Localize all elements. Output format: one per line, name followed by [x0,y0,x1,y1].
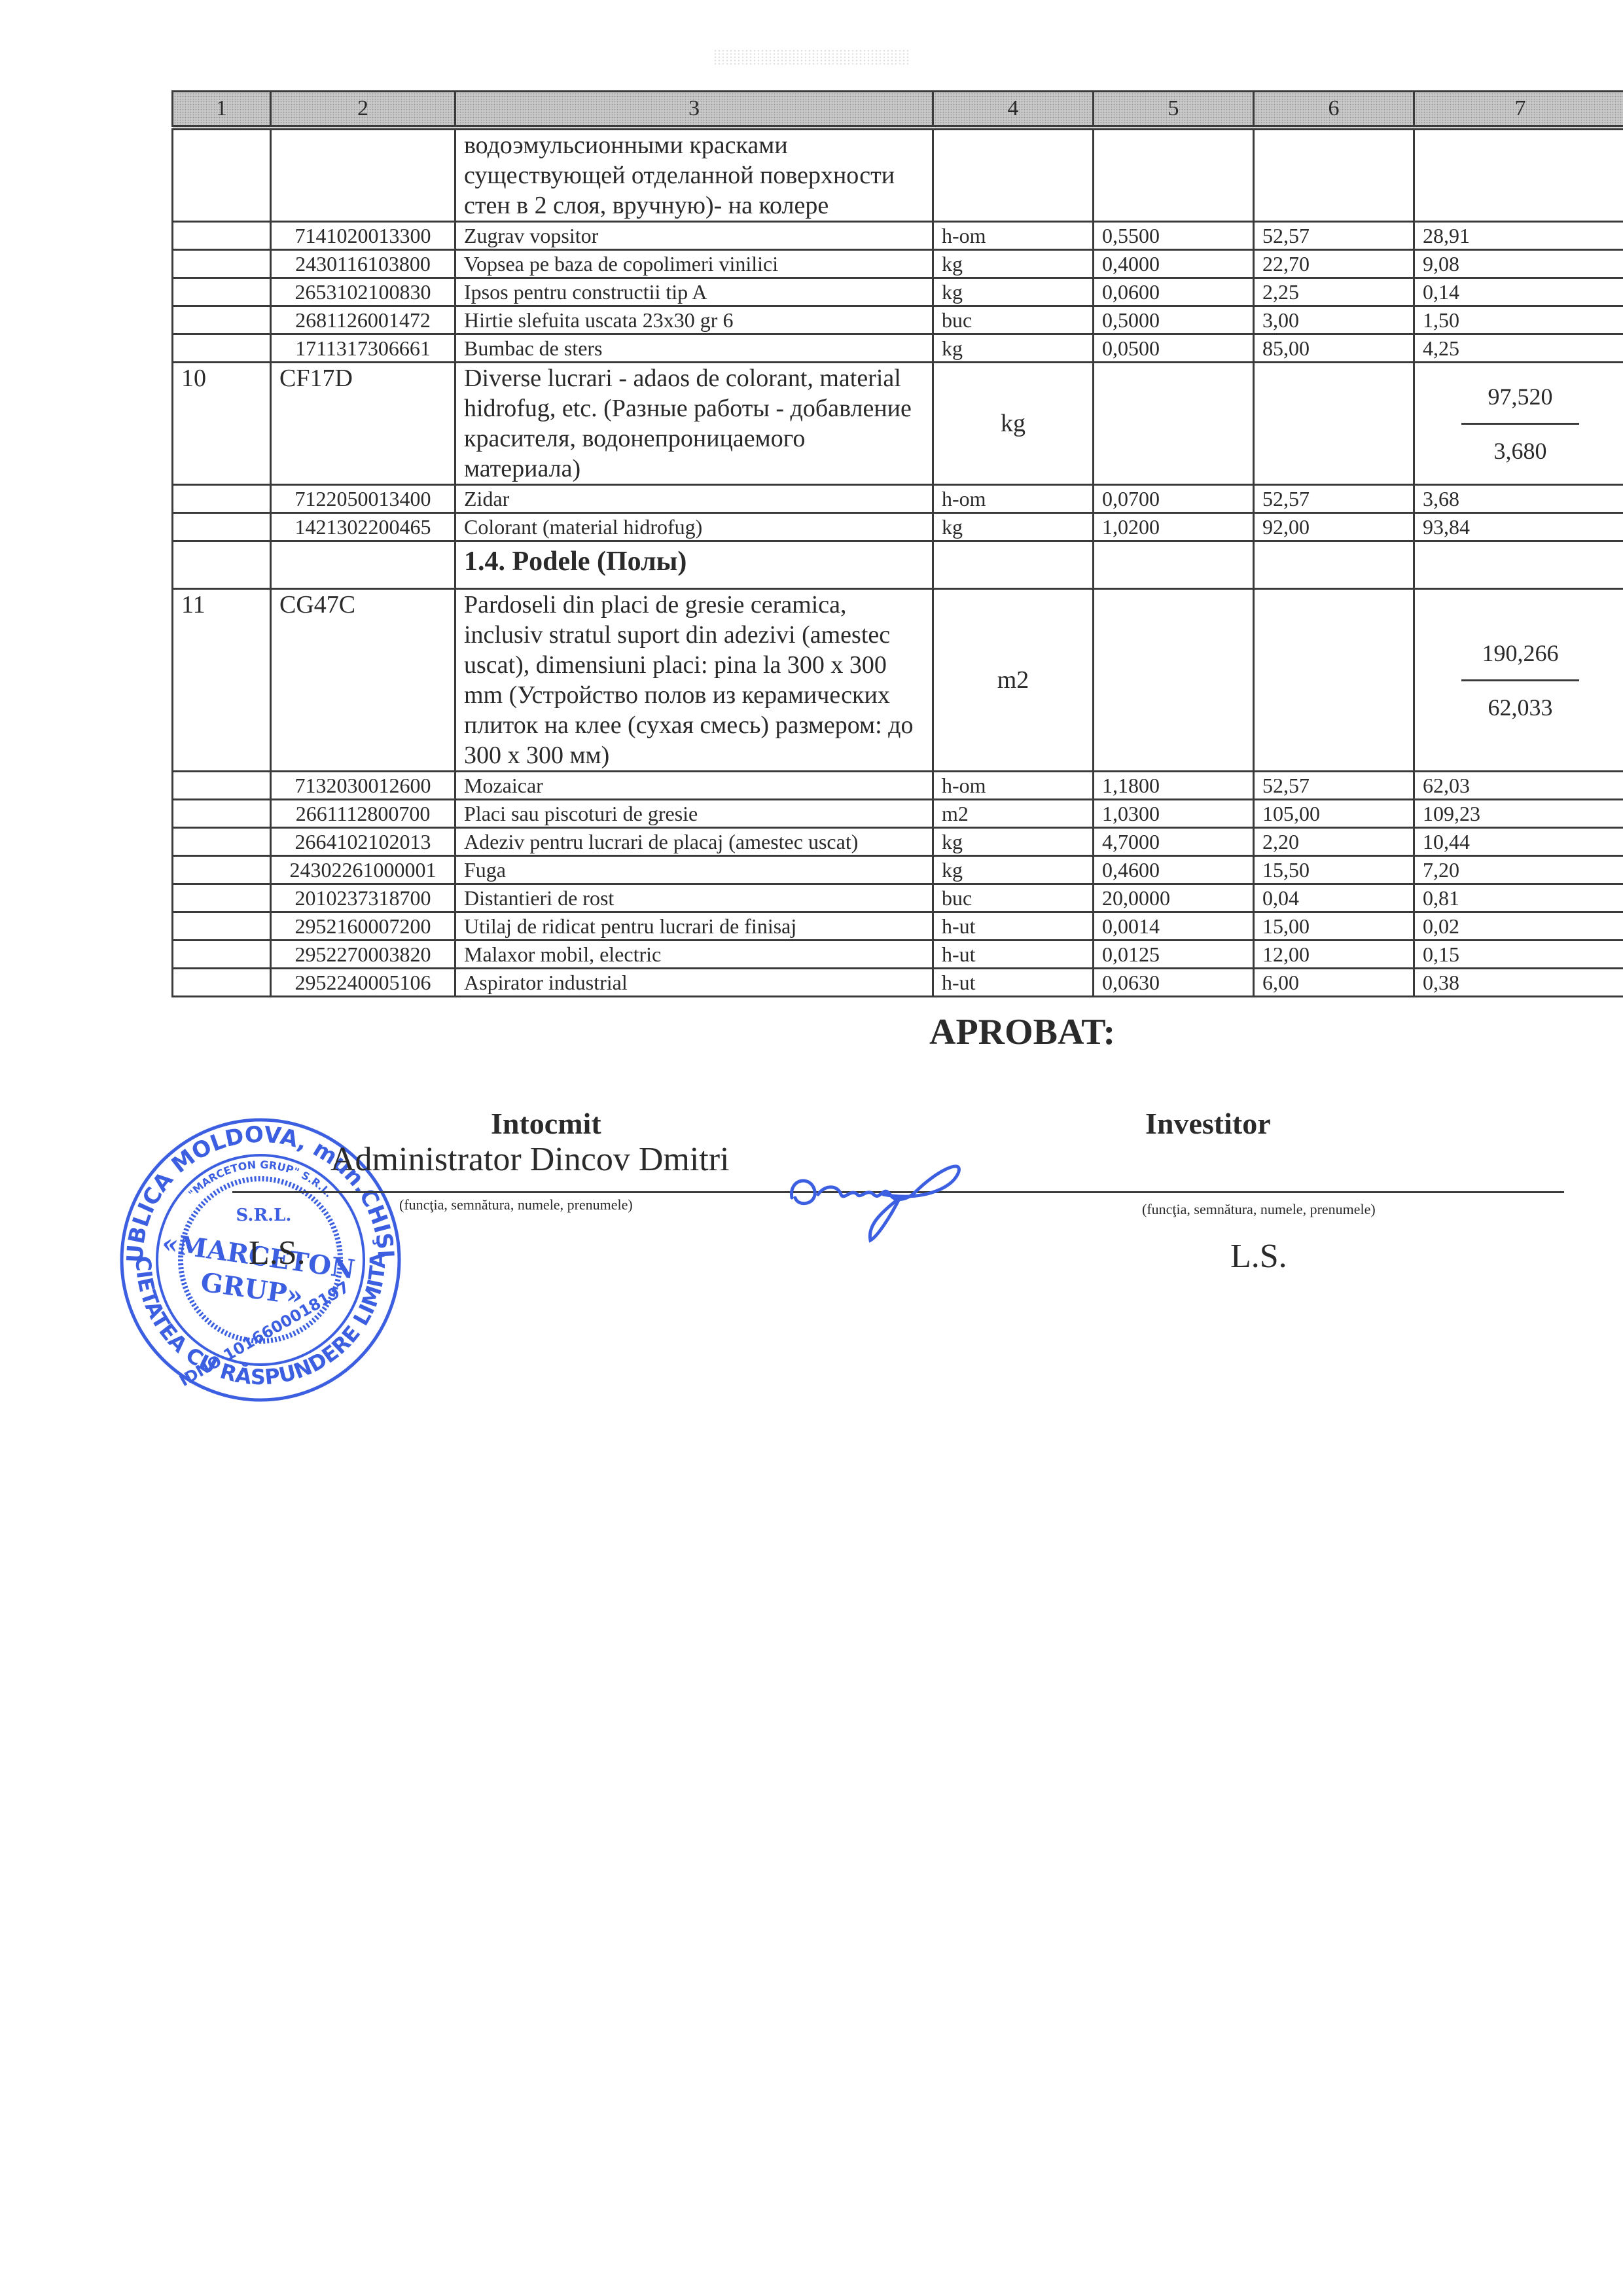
resource-name: Colorant (material hidrofug) [455,513,933,541]
resource-code: 2681126001472 [271,306,455,334]
resource-name: Utilaj de ridicat pentru lucrari de fini… [455,912,933,941]
row-num [173,884,271,912]
row-num [173,485,271,513]
row-num [173,222,271,250]
compiler-name: Administrator Dincov Dmitri [330,1140,729,1179]
resource-total: 0,38 [1414,969,1623,997]
col-num-4: 4 [933,92,1094,128]
resource-name: Vopsea pe baza de copolimeri vinilici [455,250,933,278]
row-num [173,969,271,997]
resource-name: Bumbac de sters [455,334,933,363]
total-bottom: 62,033 [1423,688,1618,727]
resource-price: 2,20 [1254,828,1414,856]
resource-code: 1711317306661 [271,334,455,363]
item-number: 11 [173,589,271,772]
resource-row: 7132030012600Mozaicarh-om1,180052,5762,0… [173,772,1623,800]
col-num-6: 6 [1254,92,1414,128]
row-num [173,912,271,941]
continuation-description: водоэмульсионными красками существующей … [455,128,933,222]
resource-code: 2430116103800 [271,250,455,278]
resource-code: 2952240005106 [271,969,455,997]
resource-price: 85,00 [1254,334,1414,363]
resource-price: 52,57 [1254,485,1414,513]
signature-caption-left: (funcţia, semnătura, numele, prenumele) [399,1196,633,1213]
item-price [1254,363,1414,485]
empty [1414,541,1623,589]
item-qty [1094,589,1254,772]
col-num-5: 5 [1094,92,1254,128]
handwritten-signature [785,1158,969,1244]
item-total: 97,5203,680 [1414,363,1623,485]
resource-code: 7141020013300 [271,222,455,250]
resource-price: 15,00 [1254,912,1414,941]
item-description: Diverse lucrari - adaos de colorant, mat… [455,363,933,485]
empty [173,541,271,589]
resource-row: 2664102102013Adeziv pentru lucrari de pl… [173,828,1623,856]
fraction-bar [1461,423,1579,425]
resource-qty: 0,0125 [1094,941,1254,969]
resource-name: Zugrav vopsitor [455,222,933,250]
resource-qty: 0,0600 [1094,278,1254,306]
resource-price: 22,70 [1254,250,1414,278]
row-num [173,334,271,363]
resource-total: 62,03 [1414,772,1623,800]
resource-unit: m2 [933,800,1094,828]
resource-price: 52,57 [1254,222,1414,250]
resource-total: 93,84 [1414,513,1623,541]
resource-price: 52,57 [1254,772,1414,800]
row-num [173,941,271,969]
col-num-3: 3 [455,92,933,128]
resource-row: 2653102100830Ipsos pentru constructii ti… [173,278,1623,306]
scan-artifact [713,49,910,65]
resource-name: Mozaicar [455,772,933,800]
resource-row: 2952270003820Malaxor mobil, electrich-ut… [173,941,1623,969]
resource-row: 1421302200465Colorant (material hidrofug… [173,513,1623,541]
empty [1094,541,1254,589]
resource-name: Adeziv pentru lucrari de placaj (amestec… [455,828,933,856]
resource-total: 0,81 [1414,884,1623,912]
resource-unit: kg [933,513,1094,541]
resource-code: 2952270003820 [271,941,455,969]
resource-unit: kg [933,856,1094,884]
resource-row: 2661112800700Placi sau piscoturi de gres… [173,800,1623,828]
resource-code: 2661112800700 [271,800,455,828]
resource-code: 1421302200465 [271,513,455,541]
row-num [173,513,271,541]
item-description: Pardoseli din placi de gresie ceramica, … [455,589,933,772]
resource-code: 2653102100830 [271,278,455,306]
resource-unit: h-om [933,772,1094,800]
section-title: 1.4. Podele (Полы) [455,541,933,589]
fraction-bar [1461,679,1579,681]
resource-qty: 0,5500 [1094,222,1254,250]
resource-qty: 0,5000 [1094,306,1254,334]
resource-total: 9,08 [1414,250,1623,278]
resource-qty: 0,4600 [1094,856,1254,884]
resource-qty: 0,0014 [1094,912,1254,941]
resource-unit: kg [933,828,1094,856]
resource-total: 3,68 [1414,485,1623,513]
item-code: CG47C [271,589,455,772]
resource-qty: 1,1800 [1094,772,1254,800]
resource-unit: kg [933,278,1094,306]
resource-row: 2010237318700Distantieri de rostbuc20,00… [173,884,1623,912]
col-num-2: 2 [271,92,455,128]
investor-label: Investitor [1145,1106,1271,1141]
resource-row: 2681126001472Hirtie slefuita uscata 23x3… [173,306,1623,334]
resource-total: 0,02 [1414,912,1623,941]
resource-name: Distantieri de rost [455,884,933,912]
resource-name: Zidar [455,485,933,513]
resource-total: 28,91 [1414,222,1623,250]
resource-qty: 4,7000 [1094,828,1254,856]
resource-price: 92,00 [1254,513,1414,541]
resource-unit: kg [933,250,1094,278]
total-bottom: 3,680 [1423,431,1618,471]
col-num-1: 1 [173,92,271,128]
resource-total: 7,20 [1414,856,1623,884]
resource-row: 7122050013400Zidarh-om0,070052,573,68 [173,485,1623,513]
row-num [173,250,271,278]
resource-row: 2952160007200Utilaj de ridicat pentru lu… [173,912,1623,941]
resource-unit: h-ut [933,969,1094,997]
resource-price: 2,25 [1254,278,1414,306]
item-unit: kg [933,363,1094,485]
row-num [173,278,271,306]
work-item-row: 10CF17DDiverse lucrari - adaos de colora… [173,363,1623,485]
resource-qty: 1,0300 [1094,800,1254,828]
row-num [173,772,271,800]
empty [271,541,455,589]
resource-name: Fuga [455,856,933,884]
resource-price: 0,04 [1254,884,1414,912]
resource-code: 2010237318700 [271,884,455,912]
resource-unit: h-ut [933,941,1094,969]
row-num [173,828,271,856]
resource-name: Hirtie slefuita uscata 23x30 gr 6 [455,306,933,334]
resource-qty: 1,0200 [1094,513,1254,541]
total-top: 190,266 [1423,634,1618,673]
resource-row: 24302261000001Fugakg0,460015,507,20 [173,856,1623,884]
resource-unit: h-om [933,222,1094,250]
resource-total: 10,44 [1414,828,1623,856]
item-price [1254,589,1414,772]
resource-total: 1,50 [1414,306,1623,334]
item-number: 10 [173,363,271,485]
resource-unit: kg [933,334,1094,363]
resource-qty: 20,0000 [1094,884,1254,912]
resource-total: 0,14 [1414,278,1623,306]
resource-code: 7122050013400 [271,485,455,513]
resource-unit: h-om [933,485,1094,513]
resource-code: 2952160007200 [271,912,455,941]
column-number-row: 1 2 3 4 5 6 7 [173,92,1623,128]
seal-placeholder-left: L.S. [249,1234,306,1272]
resource-qty: 0,0700 [1094,485,1254,513]
resource-qty: 0,0630 [1094,969,1254,997]
resource-name: Malaxor mobil, electric [455,941,933,969]
resource-name: Aspirator industrial [455,969,933,997]
svg-text:"MARCETON GRUP" S.R.L.: "MARCETON GRUP" S.R.L. [186,1158,335,1200]
resource-row: 7141020013300Zugrav vopsitorh-om0,550052… [173,222,1623,250]
empty [1254,541,1414,589]
resource-total: 0,15 [1414,941,1623,969]
item-unit: m2 [933,589,1094,772]
approved-label: APROBAT: [929,1011,1115,1053]
resource-price: 105,00 [1254,800,1414,828]
continuation-row: водоэмульсионными красками существующей … [173,128,1623,222]
total-top: 97,520 [1423,377,1618,416]
resource-qty: 0,4000 [1094,250,1254,278]
item-code: CF17D [271,363,455,485]
compiled-label: Intocmit [491,1106,601,1141]
item-total: 190,26662,033 [1414,589,1623,772]
resource-total: 109,23 [1414,800,1623,828]
stamp-type: S.R.L. [236,1206,292,1225]
resource-code: 2664102102013 [271,828,455,856]
resource-price: 15,50 [1254,856,1414,884]
row-num [173,306,271,334]
resource-code: 7132030012600 [271,772,455,800]
resource-code: 24302261000001 [271,856,455,884]
stamp-inner-text: "MARCETON GRUP" S.R.L. [186,1158,335,1200]
resource-unit: buc [933,306,1094,334]
resource-name: Ipsos pentru constructii tip A [455,278,933,306]
resource-unit: h-ut [933,912,1094,941]
resource-price: 3,00 [1254,306,1414,334]
resource-qty: 0,0500 [1094,334,1254,363]
resource-row: 2952240005106Aspirator industrialh-ut0,0… [173,969,1623,997]
resource-price: 6,00 [1254,969,1414,997]
seal-placeholder-right: L.S. [1230,1237,1287,1276]
resource-price: 12,00 [1254,941,1414,969]
item-qty [1094,363,1254,485]
resource-row: 2430116103800Vopsea pe baza de copolimer… [173,250,1623,278]
resource-row: 1711317306661Bumbac de sterskg0,050085,0… [173,334,1623,363]
document-page: 1 2 3 4 5 6 7 водоэмульсионными красками… [0,0,1623,2296]
section-row: 1.4. Podele (Полы) [173,541,1623,589]
resource-name: Placi sau piscoturi de gresie [455,800,933,828]
col-num-7: 7 [1414,92,1623,128]
estimate-table: 1 2 3 4 5 6 7 водоэмульсионными красками… [171,90,1623,997]
work-item-row: 11CG47CPardoseli din placi de gresie cer… [173,589,1623,772]
row-num [173,856,271,884]
empty [933,541,1094,589]
resource-total: 4,25 [1414,334,1623,363]
resource-unit: buc [933,884,1094,912]
signature-caption-right: (funcţia, semnătura, numele, prenumele) [1142,1201,1376,1218]
row-num [173,800,271,828]
